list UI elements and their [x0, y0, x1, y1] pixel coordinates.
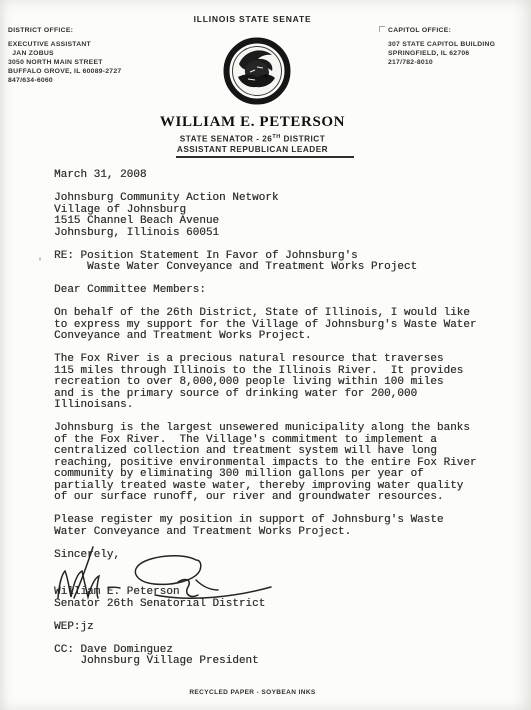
salutation: Dear Committee Members: [54, 285, 476, 297]
subject-line: RE: Position Statement In Favor of Johns… [54, 251, 476, 274]
district-office-address: EXECUTIVE ASSISTANT JAN ZOBUS 3050 NORTH… [8, 40, 121, 85]
footer-note: RECYCLED PAPER - SOYBEAN INKS [0, 689, 505, 696]
letterhead-divider [176, 156, 354, 158]
senate-title: ILLINOIS STATE SENATE [0, 14, 505, 24]
capitol-office-heading: CAPITOL OFFICE: [388, 27, 451, 34]
senator-title-leader: ASSISTANT REPUBLICAN LEADER [0, 145, 505, 154]
senator-title-district: STATE SENATOR - 26TH DISTRICT [0, 134, 505, 144]
district-office-block: DISTRICT OFFICE: EXECUTIVE ASSISTANT JAN… [8, 26, 121, 85]
cc-block: CC: Dave Dominguez Johnsburg Village Pre… [54, 645, 476, 668]
letter-date: March 31, 2008 [54, 170, 476, 182]
district-office-heading: DISTRICT OFFICE: [8, 26, 121, 35]
illinois-state-seal-icon [223, 37, 291, 110]
capitol-office-heading-row: CAPITOL OFFICE: [379, 26, 495, 35]
senator-name: WILLIAM E. PETERSON [0, 114, 505, 131]
paragraph-1: On behalf of the 26th District, State of… [54, 308, 476, 343]
district-line-tail: DISTRICT [281, 135, 326, 144]
district-line-text: STATE SENATOR - 26 [180, 135, 273, 144]
paragraph-4: Please register my position in support o… [54, 515, 476, 538]
capitol-office-block: CAPITOL OFFICE: 307 STATE CAPITOL BUILDI… [379, 26, 495, 67]
paragraph-3: Johnsburg is the largest unsewered munic… [54, 423, 476, 504]
checkbox-icon [379, 26, 385, 32]
typist-initials: WEP:jz [54, 622, 476, 634]
recipient-address: Johnsburg Community Action Network Villa… [54, 193, 476, 239]
capitol-office-address: 307 STATE CAPITOL BUILDING SPRINGFIELD, … [388, 40, 495, 67]
paragraph-2: The Fox River is a precious natural reso… [54, 354, 476, 412]
handwritten-signature-icon [50, 540, 280, 608]
scan-artifact-mark: ' [37, 258, 43, 269]
district-ordinal-sup: TH [272, 134, 280, 140]
letter-page: ILLINOIS STATE SENATE DISTRICT OFFICE: E… [0, 0, 531, 710]
